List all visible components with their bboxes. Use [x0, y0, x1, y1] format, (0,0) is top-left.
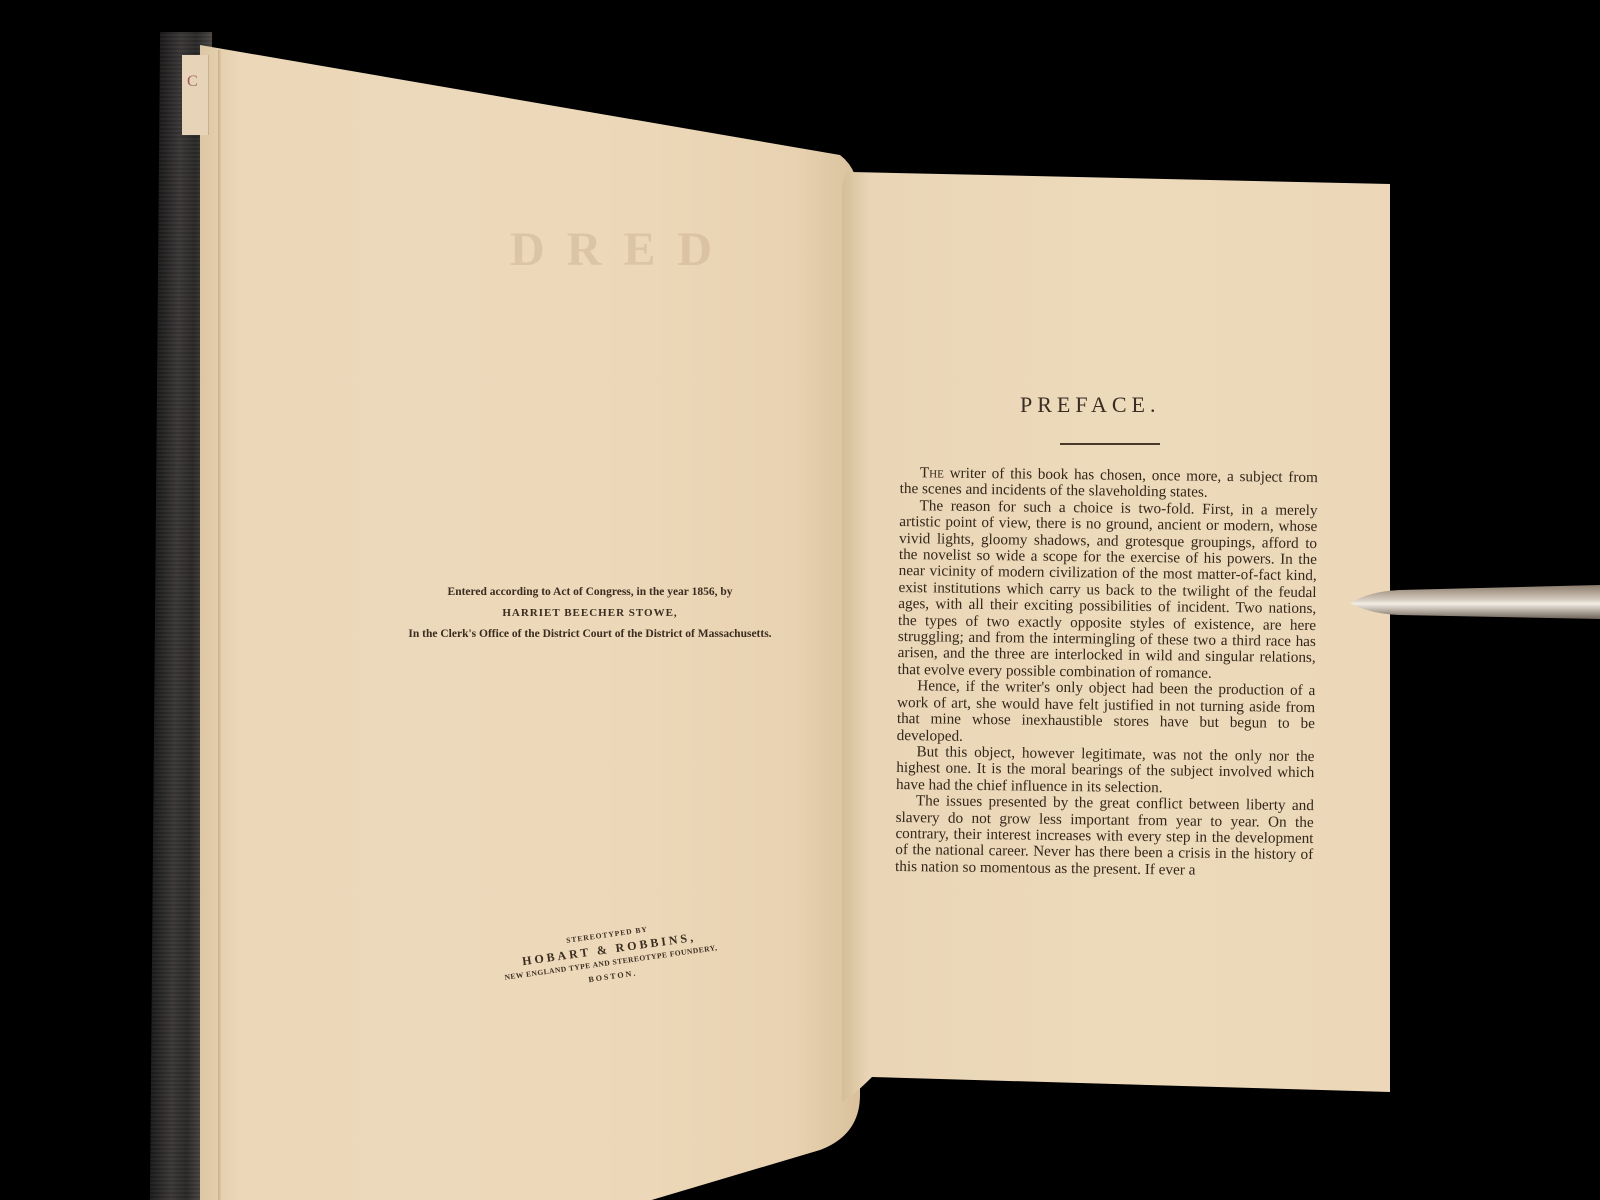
preface-paragraph: Hence, if the writer's only object had b…	[897, 678, 1316, 749]
spine-tab-text: C	[187, 73, 198, 91]
show-through-title: DRED	[510, 222, 734, 277]
preface-body: The writer of this book has chosen, once…	[895, 465, 1318, 880]
preface-title: PREFACE.	[1020, 392, 1160, 418]
drop-lead: The	[920, 464, 944, 481]
preface-paragraph: The reason for such a choice is two-fold…	[897, 498, 1317, 684]
preface-paragraph: But this object, however legitimate, was…	[896, 744, 1315, 798]
spine-label-slip: C	[182, 55, 209, 135]
copyright-notice: Entered according to Act of Congress, in…	[380, 582, 800, 645]
copyright-line-3: In the Clerk's Office of the District Co…	[380, 624, 800, 645]
title-rule	[1060, 443, 1160, 445]
copyright-author: HARRIET BEECHER STOWE,	[380, 603, 800, 624]
page-gutter	[218, 50, 222, 1200]
page-pointer-icon	[1350, 583, 1600, 623]
copyright-line-1: Entered according to Act of Congress, in…	[380, 582, 800, 603]
paragraph-text: writer of this book has chosen, once mor…	[900, 465, 1318, 502]
preface-paragraph: The issues presented by the great confli…	[895, 793, 1314, 880]
